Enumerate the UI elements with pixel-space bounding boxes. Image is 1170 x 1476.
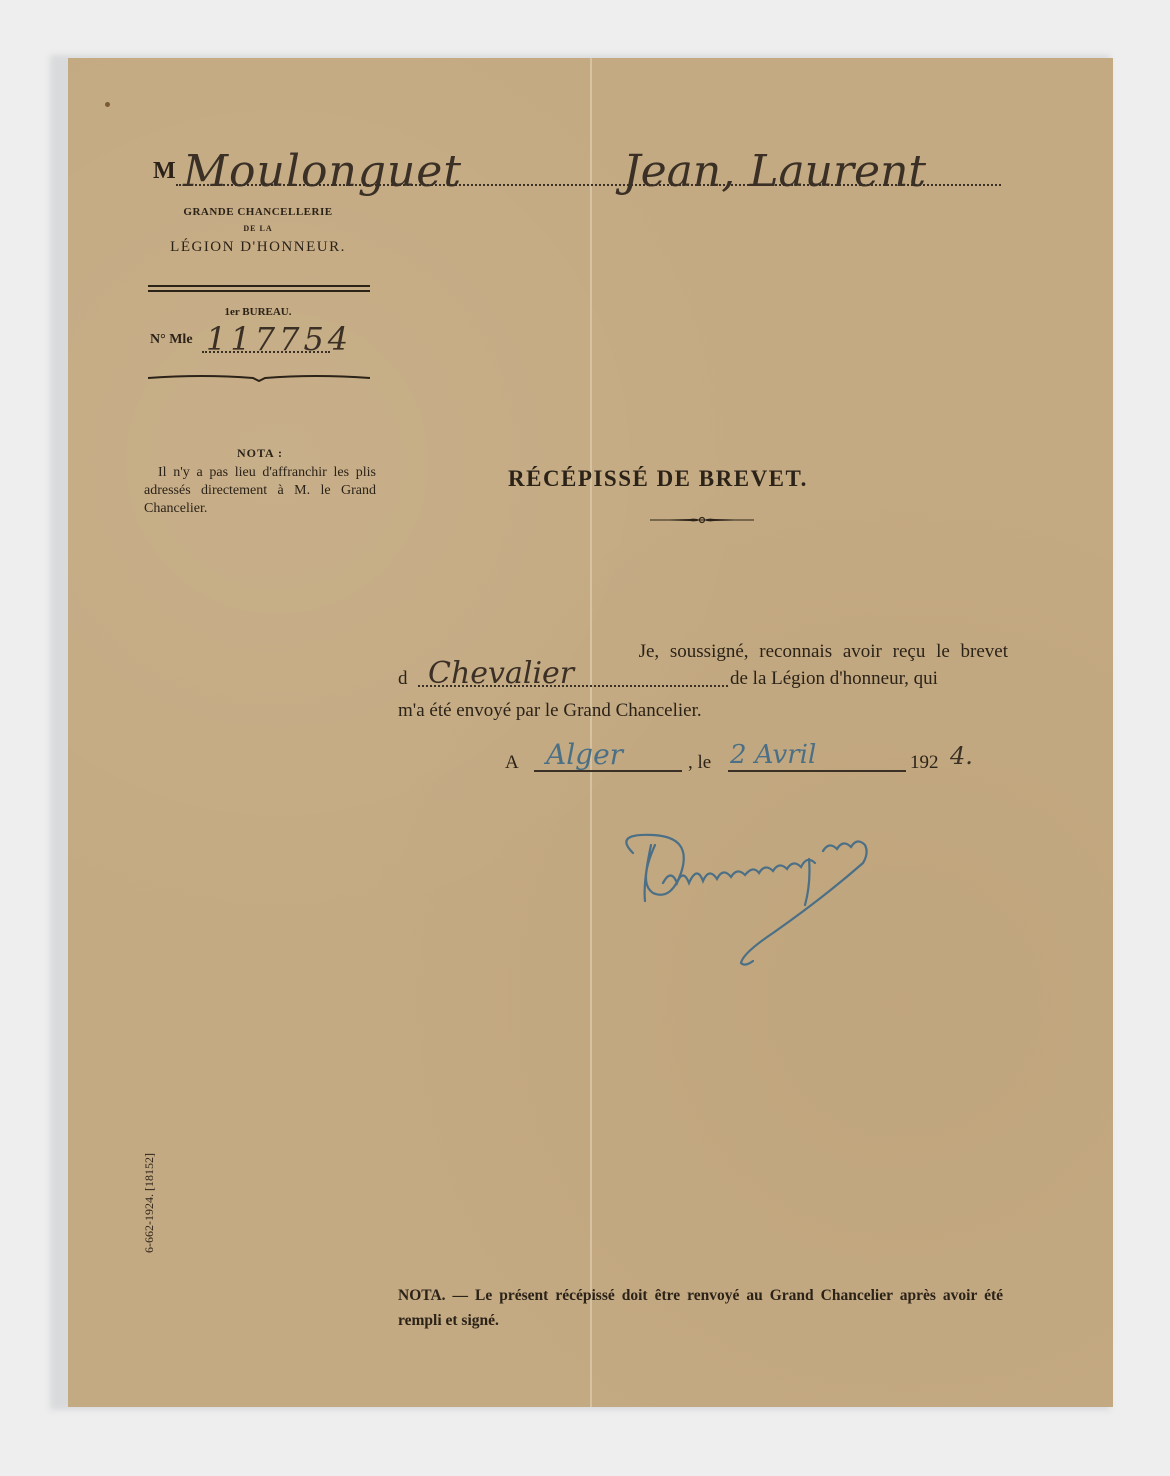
recipient-surname-handwritten: Moulonguet [183, 146, 462, 197]
place-prefix: A [505, 752, 519, 774]
issuer-line-3: LÉGION D'HONNEUR. [138, 239, 378, 256]
signature-icon [593, 823, 973, 973]
bureau-label: 1er BUREAU. [138, 306, 378, 318]
issuer-line-2: DE LA [138, 224, 378, 233]
document-sheet: M Moulonguet Jean, Laurent GRANDE CHANCE… [68, 58, 1113, 1407]
double-rule-divider [148, 285, 370, 292]
year-printed: 192 [910, 752, 939, 774]
nota-postage-text: Il n'y a pas lieu d'affranchir les plis … [144, 464, 376, 518]
year-period: . [965, 742, 973, 770]
body-line-3: m'a été envoyé par le Grand Chancelier. [398, 700, 702, 722]
recipient-given-names-handwritten: Jean, Laurent [623, 146, 926, 197]
body-line-2-prefix: d [398, 668, 408, 690]
year-handwritten-digit: 4 [950, 742, 965, 770]
number-label: N° Mle [150, 332, 193, 348]
date-handwritten: 2 Avril [730, 740, 816, 770]
body-line-1: Je, soussigné, reconnais avoir reçu le b… [538, 641, 1008, 663]
rank-handwritten: Chevalier [428, 656, 574, 691]
date-prefix: , le [688, 752, 711, 774]
place-handwritten: Alger [546, 738, 623, 771]
paper-spot [105, 102, 110, 107]
nota-return-instructions: NOTA. — Le présent récépissé doit être r… [398, 1283, 1003, 1333]
issuer-line-1: GRANDE CHANCELLERIE [138, 206, 378, 218]
body-line-2-suffix: de la Légion d'honneur, qui [730, 668, 938, 690]
nota-postage: NOTA : Il n'y a pas lieu d'affranchir le… [144, 444, 376, 518]
issuer-block: GRANDE CHANCELLERIE DE LA LÉGION D'HONNE… [138, 206, 378, 256]
year-printed-digits: 192 [910, 752, 939, 773]
date-line [728, 770, 906, 772]
nota-postage-title: NOTA : [144, 444, 376, 462]
swash-divider-icon [148, 374, 370, 382]
ornament-divider-icon [650, 515, 754, 525]
print-code: 6-662-1924. [18152] [142, 1073, 172, 1253]
document-title: RÉCÉPISSÉ DE BREVET. [508, 466, 808, 492]
number-handwritten: 117754 [206, 320, 352, 358]
recipient-prefix: M [153, 158, 176, 185]
year-handwritten: 4. [950, 742, 973, 770]
print-code-text: 6-662-1924. [18152] [142, 1153, 157, 1253]
fold-line [590, 58, 592, 1407]
